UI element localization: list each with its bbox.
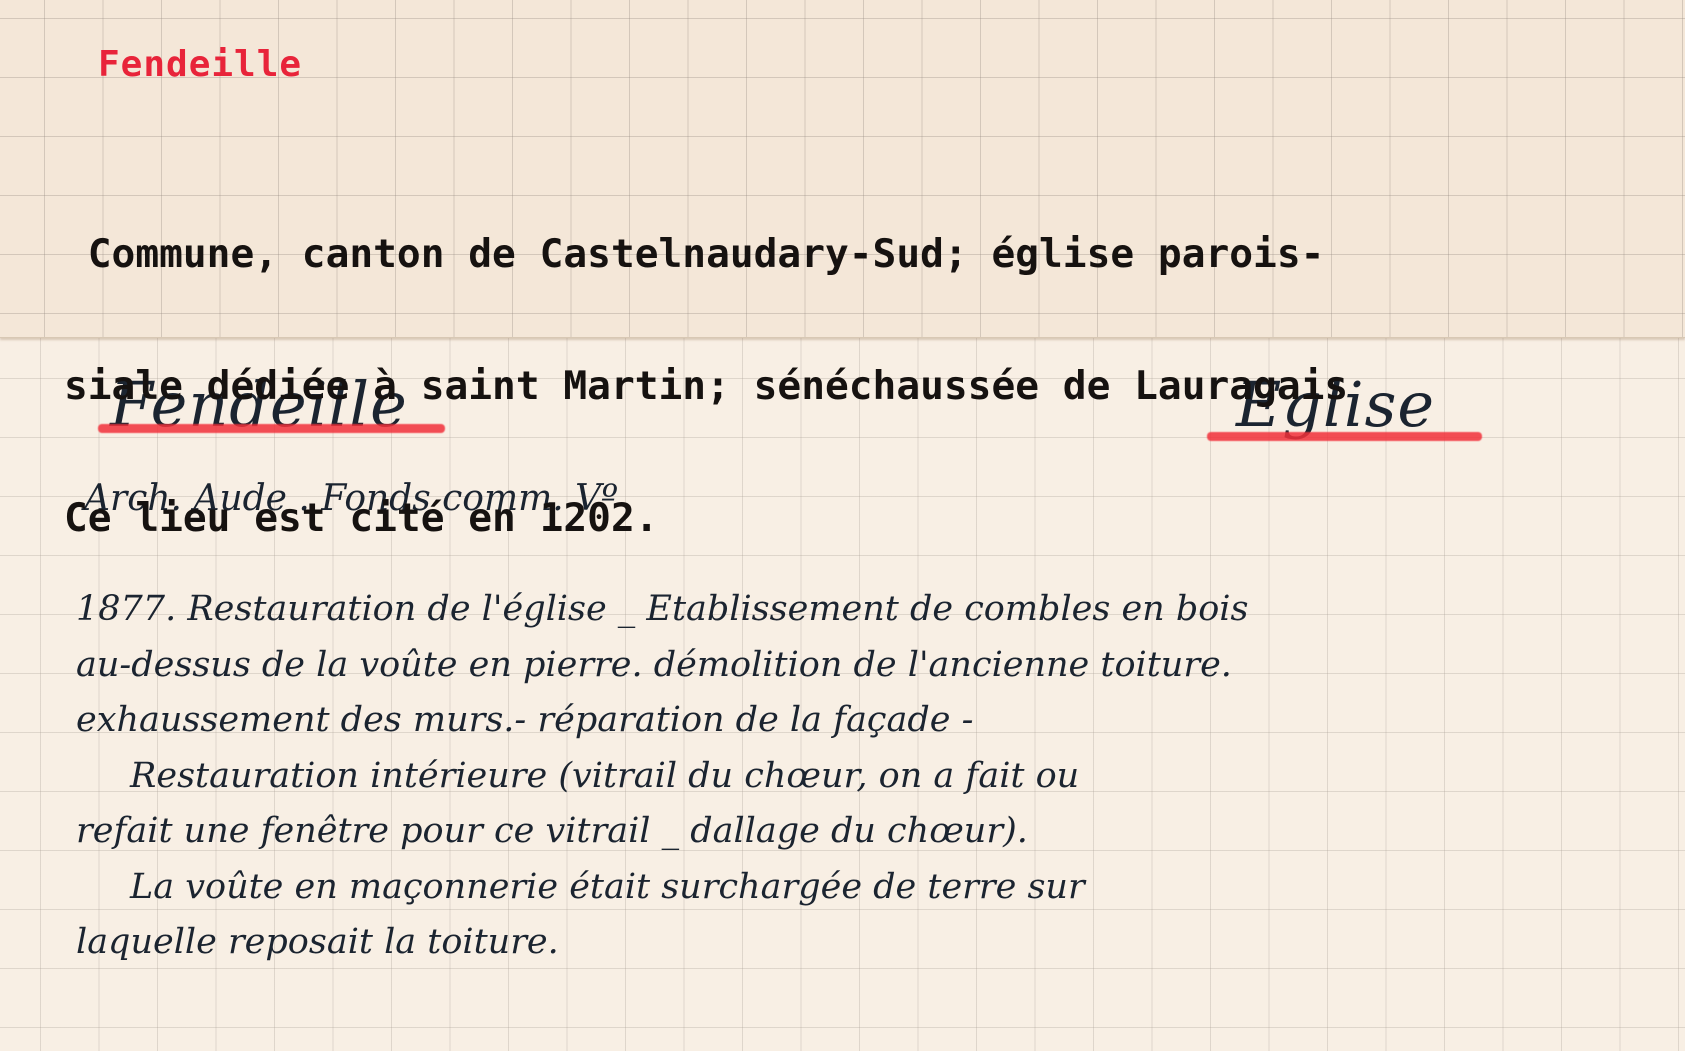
handwritten-line: au-dessus de la voûte en pierre. démolit… — [76, 638, 1248, 694]
handwritten-line: La voûte en maçonnerie était surchargée … — [76, 860, 1248, 916]
handwritten-line: refait une fenêtre pour ce vitrail _ dal… — [76, 804, 1248, 860]
typed-line: Commune, canton de Castelnaudary-Sud; ég… — [64, 232, 1684, 276]
subject-red-underline — [1207, 432, 1482, 441]
typed-index-card: Fendeille Commune, canton de Castelnauda… — [0, 0, 1685, 338]
handwritten-card-body: 1877. Restauration de l'église _ Etablis… — [76, 582, 1248, 971]
typed-line: siale dédiée à saint Martin; sénéchaussé… — [64, 364, 1684, 408]
typed-card-body: Commune, canton de Castelnaudary-Sud; ég… — [64, 144, 1684, 628]
typed-line: Ce lieu est cité en 1202. — [64, 496, 1684, 540]
handwritten-line: Restauration intérieure (vitrail du chœu… — [76, 749, 1248, 805]
title-red-underline — [98, 424, 445, 433]
typed-card-title: Fendeille — [98, 44, 302, 85]
handwritten-line: laquelle reposait la toiture. — [76, 915, 1248, 971]
handwritten-line: exhaussement des murs.- réparation de la… — [76, 693, 1248, 749]
